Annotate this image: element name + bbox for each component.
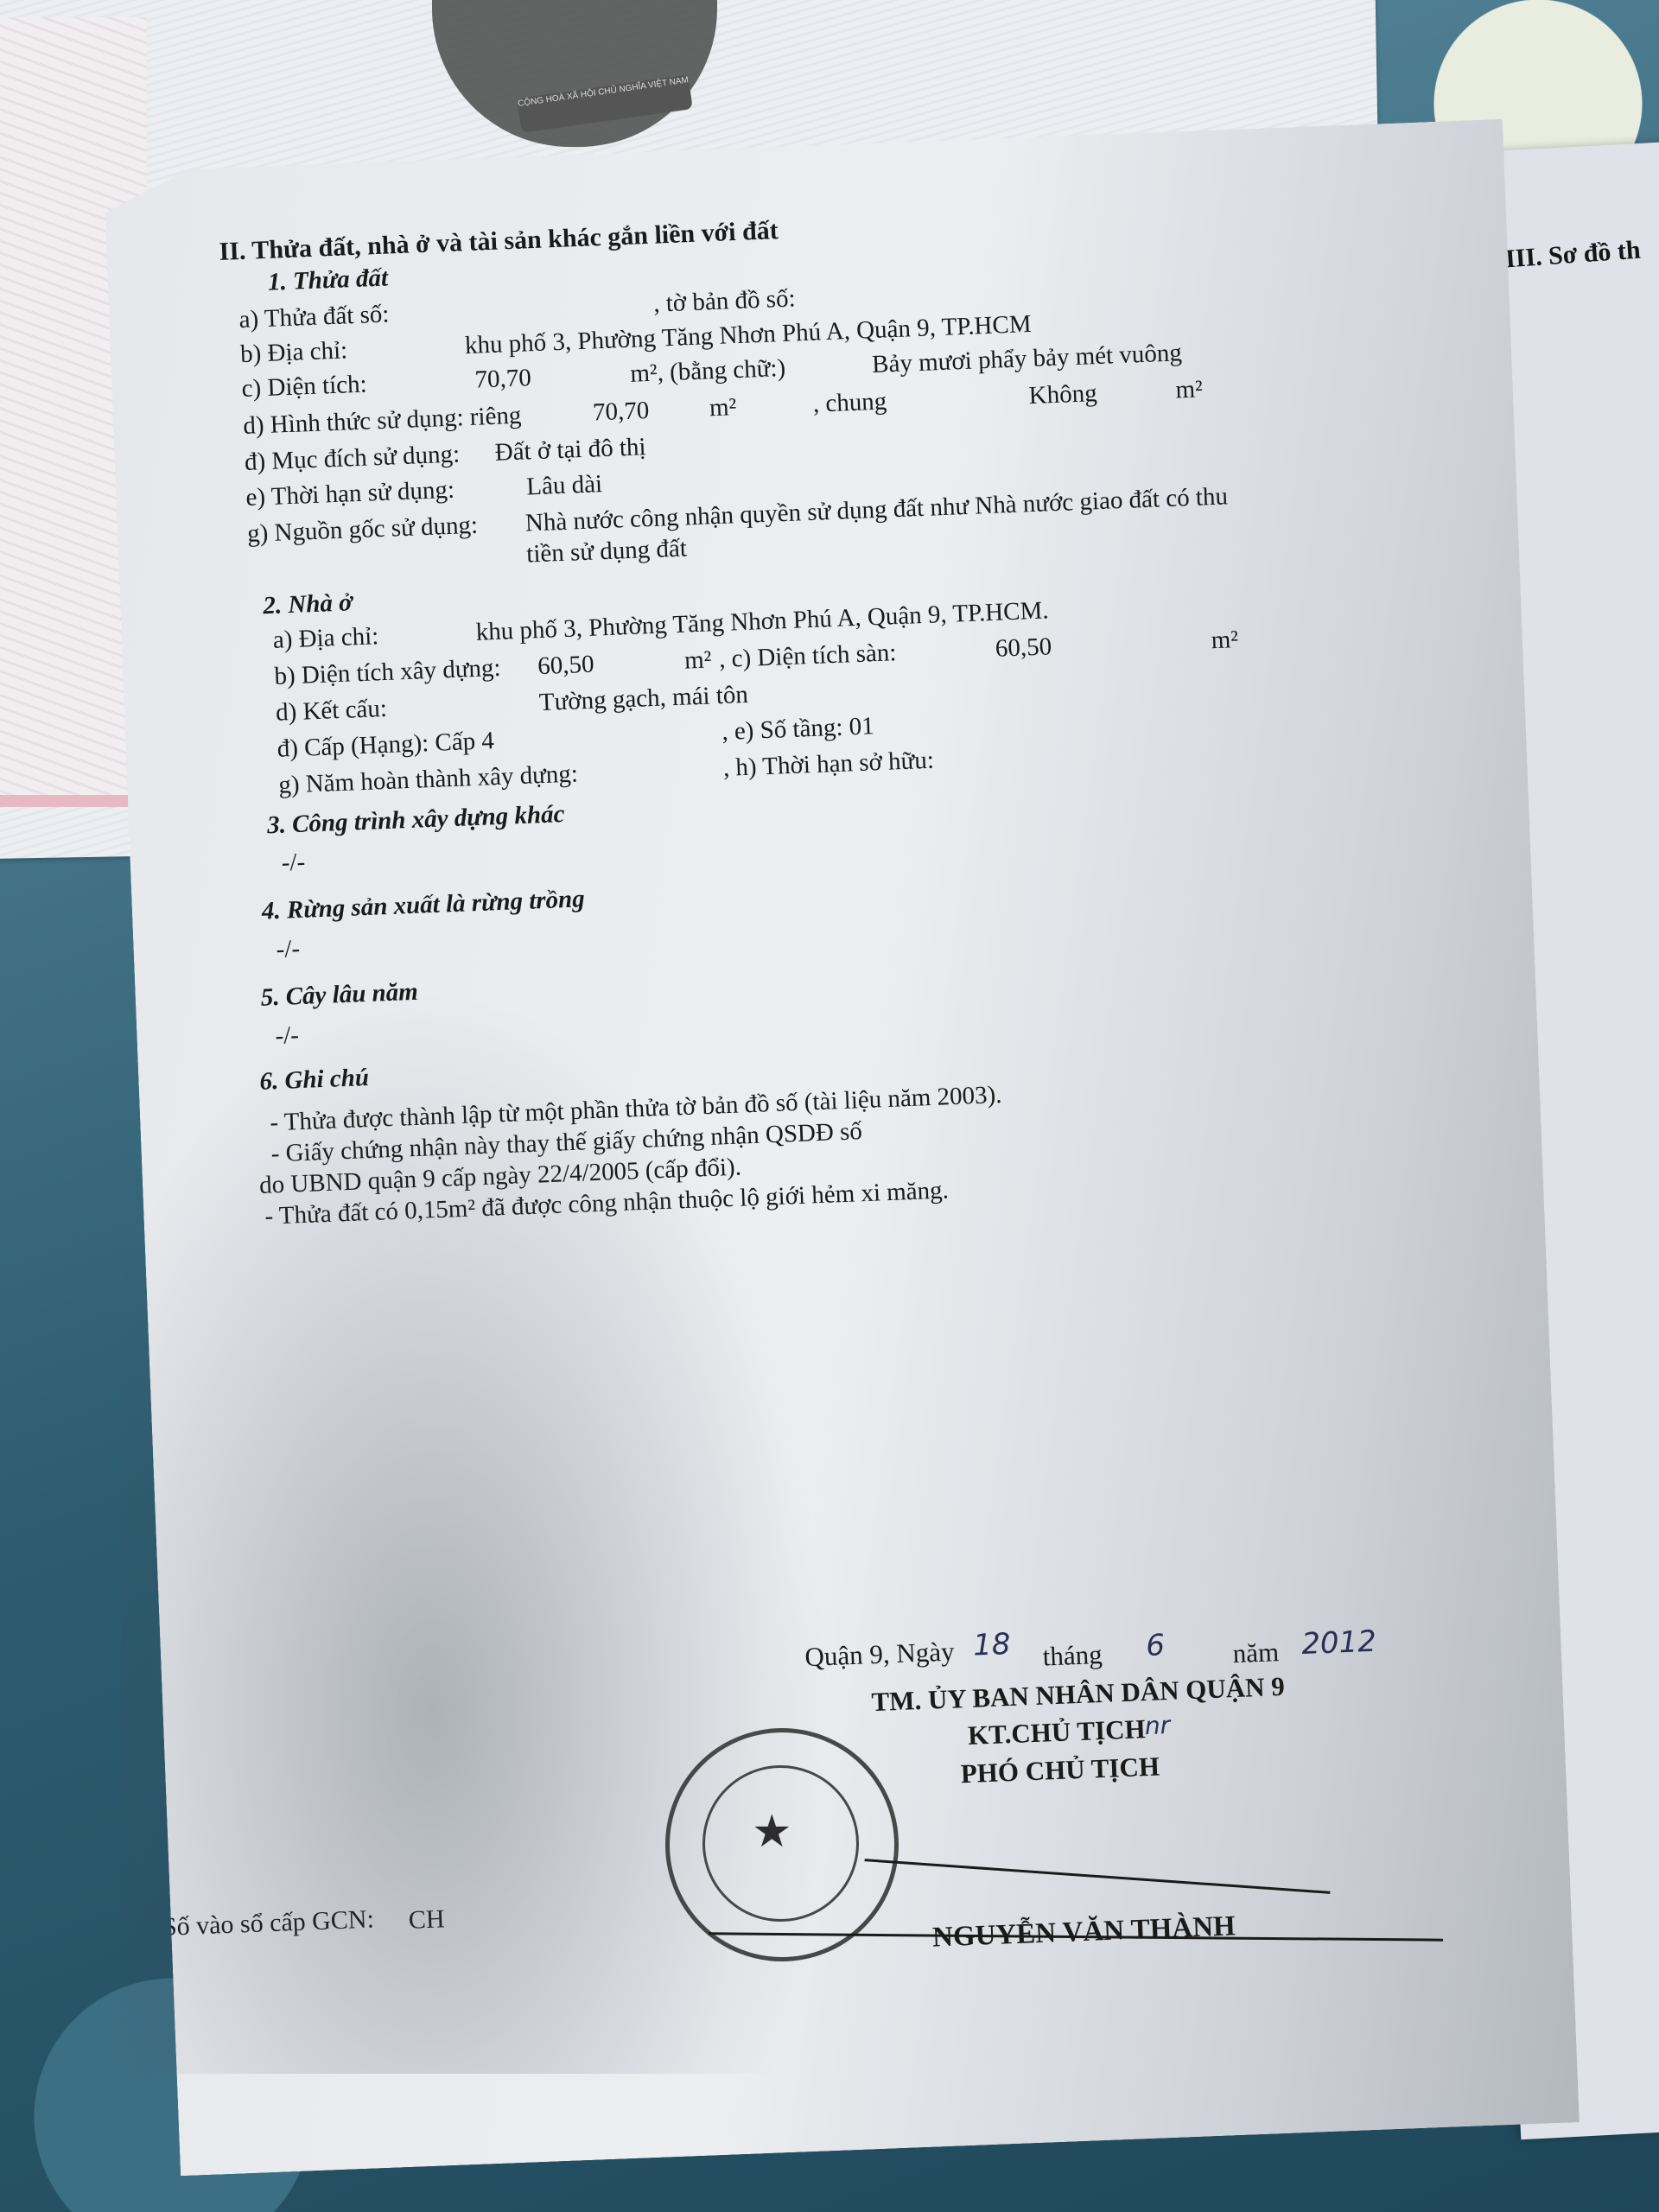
house-b-unit: m²	[684, 645, 713, 675]
land-c-label: c) Diện tích:	[241, 371, 367, 404]
house-b-label: b) Diện tích xây dựng:	[274, 654, 501, 691]
house-heading: 2. Nhà ở	[263, 588, 353, 620]
other-construction-heading: 3. Công trình xây dựng khác	[267, 800, 566, 840]
house-a-value: khu phố 3, Phường Tăng Nhơn Phú A, Quận …	[475, 596, 1049, 646]
house-d-label: d) Kết cấu:	[276, 695, 388, 728]
land-d-common-label: , chung	[812, 387, 887, 418]
house-b-value: 60,50	[537, 651, 594, 681]
land-a-label: a) Thửa đất số:	[238, 300, 390, 334]
land-d-private: 70,70	[592, 397, 649, 427]
date-year-label: năm	[1232, 1637, 1280, 1669]
land-c-value: 70,70	[474, 364, 531, 394]
forest-heading: 4. Rừng sản xuất là rừng trồng	[261, 885, 585, 925]
land-e-value: Lâu dài	[526, 470, 603, 501]
house-a-label: a) Địa chỉ:	[272, 622, 379, 655]
registry-value: CH	[408, 1904, 445, 1935]
perennial-value: -/-	[275, 1021, 300, 1051]
other-construction-value: -/-	[281, 849, 306, 878]
land-d-label: d) Hình thức sử dụng: riêng	[243, 402, 522, 441]
land-dd-label: đ) Mục đích sử dụng:	[244, 440, 460, 477]
date-year: 2012	[1301, 1624, 1377, 1662]
house-c-value: 60,50	[995, 632, 1052, 663]
land-dd-value: Đất ở tại đô thị	[494, 433, 646, 467]
land-g-value-1: Nhà nước công nhận quyền sử dụng đất như…	[524, 482, 1228, 537]
perennial-heading: 5. Cây lâu năm	[260, 978, 418, 1013]
forest-value: -/-	[276, 935, 301, 964]
date-day: 18	[972, 1627, 1011, 1663]
signing-organization: TM. ỦY BAN NHÂN DÂN QUẬN 9	[871, 1671, 1286, 1718]
land-c-words: Bảy mươi phẩy bảy mét vuông	[872, 339, 1183, 379]
land-a-sheet: , tờ bản đồ số:	[653, 284, 797, 318]
stamp-star-icon: ★	[752, 1806, 792, 1858]
land-d-unit: m²	[709, 393, 737, 423]
signing-initials: nr	[1144, 1711, 1171, 1740]
land-d-common-unit: m²	[1175, 375, 1204, 404]
section-title: II. Thửa đất, nhà ở và tài sản khác gắn …	[219, 216, 779, 267]
house-g-label: g) Năm hoàn thành xây dựng:	[278, 760, 579, 799]
land-c-unit: m², (bằng chữ:)	[630, 354, 786, 389]
land-g-label: g) Nguồn gốc sử dụng:	[247, 512, 479, 549]
land-heading: 1. Thửa đất	[267, 264, 388, 296]
house-c-unit: m²	[1211, 626, 1239, 655]
registry-label: Số vào sổ cấp GCN:	[162, 1904, 374, 1942]
signer-name: NGUYỄN VĂN THÀNH	[931, 1910, 1236, 1954]
date-month-label: tháng	[1042, 1639, 1103, 1673]
house-h-label: , h) Thời hạn sở hữu:	[722, 747, 934, 783]
house-c-label: , c) Diện tích sàn:	[719, 639, 897, 674]
date-prefix: Quận 9, Ngày	[804, 1636, 955, 1673]
land-b-label: b) Địa chỉ:	[240, 336, 348, 369]
house-e-label: , e) Số tầng: 01	[721, 712, 875, 747]
notes-heading: 6. Ghi chú	[259, 1064, 370, 1096]
land-d-common-value: Không	[1028, 379, 1097, 410]
land-g-value-2: tiền sử dụng đất	[526, 534, 688, 569]
land-e-label: e) Thời hạn sử dụng:	[245, 476, 455, 512]
house-d-value: Tường gạch, mái tôn	[538, 681, 748, 717]
date-month: 6	[1146, 1628, 1166, 1663]
house-dd-label: đ) Cấp (Hạng): Cấp 4	[276, 727, 494, 764]
signing-on-behalf: KT.CHỦ TỊCH	[967, 1713, 1146, 1751]
signing-position: PHÓ CHỦ TỊCH	[960, 1751, 1160, 1789]
